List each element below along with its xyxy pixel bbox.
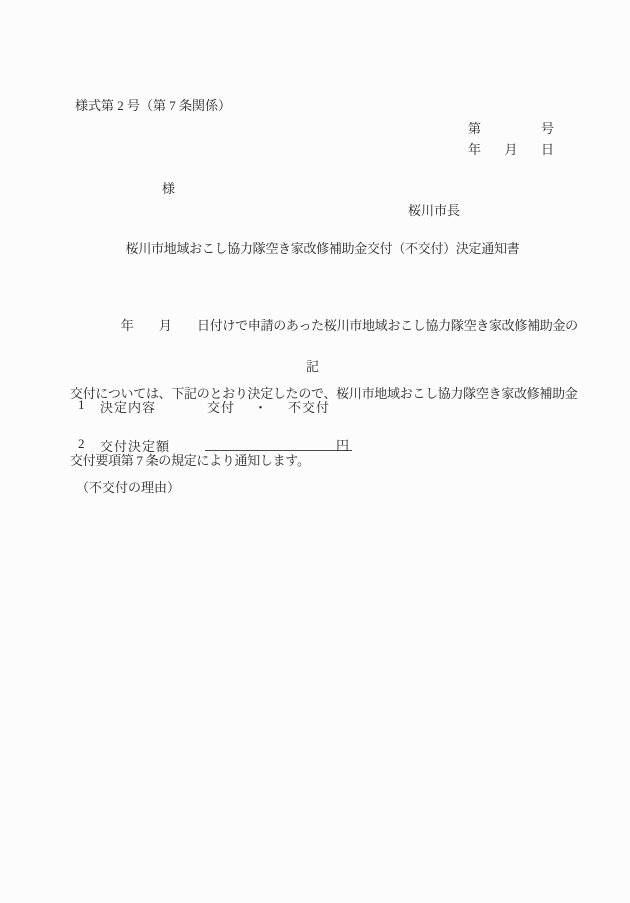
date-line: 年 月 日 <box>468 139 554 158</box>
addressee-honorific: 様 <box>162 178 175 197</box>
item-2-label: 交付決定額 <box>100 436 170 455</box>
record-marker: 記 <box>306 356 319 375</box>
option-grant: 交付 <box>207 397 235 416</box>
doc-number-prefix: 第 <box>468 118 481 137</box>
reason-label: （不交付の理由） <box>76 477 180 496</box>
amount-blank-line: 円 <box>205 435 352 451</box>
date-year-label: 年 <box>468 139 481 158</box>
document-title: 桜川市地域おこし協力隊空き家改修補助金交付（不交付）決定通知書 <box>70 238 575 257</box>
item-amount-row: 2 交付決定額 円 <box>0 436 630 454</box>
date-month-label: 月 <box>504 139 517 158</box>
item-decision-row: 1 決定内容 交付 ・ 不交付 <box>0 397 630 415</box>
option-separator: ・ <box>254 397 267 416</box>
form-number: 様式第 2 号（第 7 条関係） <box>75 95 231 114</box>
item-2-number: 2 <box>78 436 85 452</box>
amount-unit: 円 <box>336 438 352 453</box>
document-number-line: 第 号 <box>468 118 554 137</box>
body-line-1: 年 月 日付けで申請のあった桜川市地域おこし協力隊空き家改修補助金の <box>70 315 582 338</box>
doc-number-suffix: 号 <box>541 118 554 137</box>
document-page: 様式第 2 号（第 7 条関係） 第 号 年 月 日 様 桜川市長 桜川市地域お… <box>0 0 630 903</box>
item-1-label: 決定内容 <box>100 397 156 416</box>
sender-name: 桜川市長 <box>408 200 460 219</box>
item-1-number: 1 <box>78 397 85 413</box>
option-no-grant: 不交付 <box>288 397 330 416</box>
date-day-label: 日 <box>541 139 554 158</box>
